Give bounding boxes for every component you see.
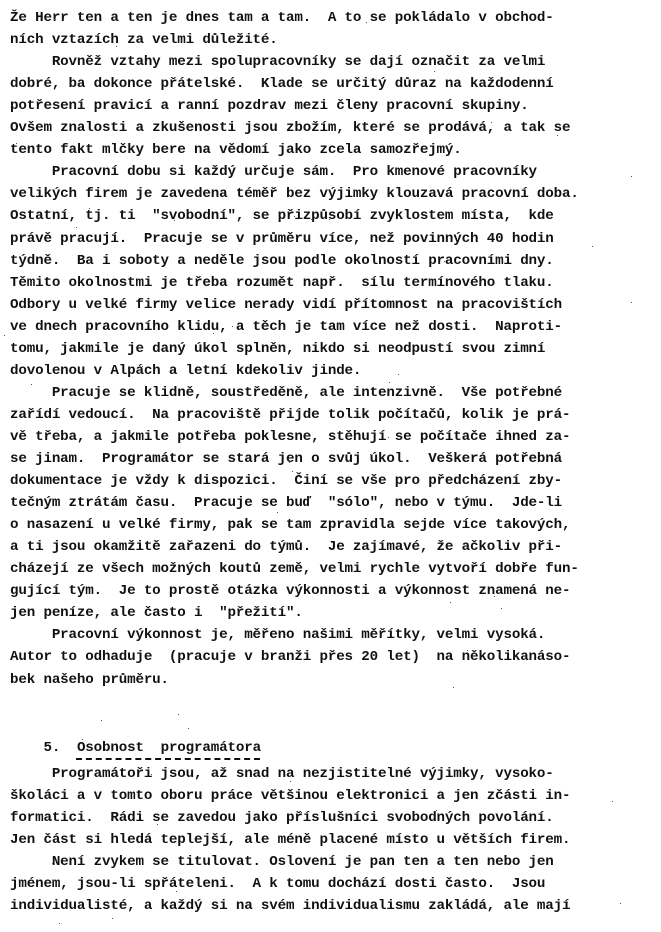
speck: [398, 374, 399, 375]
speck: [54, 19, 55, 20]
speck: [116, 46, 117, 47]
speck: [436, 810, 437, 811]
text-line: Pracovní dobu si každý určuje sám. Pro k…: [10, 163, 537, 181]
speck: [111, 34, 112, 35]
speck: [297, 409, 298, 410]
speck: [292, 471, 293, 472]
text-line: tento fakt mlčky bere na vědomí jako zce…: [10, 141, 462, 159]
speck: [631, 302, 632, 303]
speck: [174, 220, 175, 221]
speck: [16, 143, 17, 144]
text-line: gující tým. Je to prostě otázka výkonnos…: [10, 582, 570, 600]
speck: [89, 208, 90, 209]
text-line: jen peníze, ale často i "přežití".: [10, 604, 303, 622]
typewritten-page: Že Herr ten a ten je dnes tam a tam. A t…: [0, 0, 661, 932]
text-line: Rovněž vztahy mezi spolupracovníky se da…: [10, 53, 545, 71]
text-line: právě pracují. Pracuje se v průměru více…: [10, 230, 554, 248]
speck: [51, 819, 52, 820]
text-line: vě třeba, a jakmile potřeba poklesne, st…: [10, 428, 570, 446]
speck: [178, 714, 179, 715]
text-line: a ti jsou okamžitě zařazeni do týmů. Je …: [10, 538, 562, 556]
speck: [388, 437, 389, 438]
speck: [311, 219, 312, 220]
text-line: tomu, jakmile je daný úkol splněn, nikdo…: [10, 340, 545, 358]
speck: [434, 71, 435, 72]
text-line: jménem, jsou-li spřáteleni. A k tomu doc…: [10, 875, 545, 893]
speck: [79, 414, 80, 415]
text-line: tečným ztrátám času. Pracuje se buď "sól…: [10, 494, 562, 512]
text-line: ve dnech pracovního klidu, a těch je tam…: [10, 318, 562, 336]
speck: [370, 454, 371, 455]
text-line: Autor to odhaduje (pracuje v branži přes…: [10, 648, 570, 666]
speck: [467, 650, 468, 651]
speck: [612, 801, 613, 802]
text-line: Ostatní, tj. ti "svobodní", se přizpůsob…: [10, 207, 554, 225]
text-line: zařídí vedoucí. Na pracoviště přijde tol…: [10, 406, 570, 424]
speck: [389, 382, 390, 383]
speck: [631, 176, 632, 177]
text-line: Že Herr ten a ten je dnes tam a tam. A t…: [10, 9, 554, 27]
text-line: Pracuje se klidně, soustředěně, ale inte…: [10, 384, 562, 402]
speck: [620, 903, 621, 904]
speck: [176, 891, 177, 892]
speck: [329, 219, 330, 220]
speck: [76, 227, 77, 228]
text-line: formatici. Rádi se zavedou jako příslušn…: [10, 809, 554, 827]
text-line: o nasazení u velké firmy, pak se tam zpr…: [10, 516, 570, 534]
text-line: Odbory u velké firmy velice nerady vidí …: [10, 296, 562, 314]
speck: [444, 261, 445, 262]
speck: [82, 739, 83, 740]
speck: [59, 923, 60, 924]
text-line: potřesení pravicí a ranní pozdrav mezi č…: [10, 97, 529, 115]
speck: [289, 462, 290, 463]
speck: [324, 522, 325, 523]
speck: [297, 84, 298, 85]
text-line: týdně. Ba i soboty a neděle jsou podle o…: [10, 252, 554, 270]
speck: [232, 326, 233, 327]
speck: [361, 307, 362, 308]
speck: [112, 918, 113, 919]
text-line: školáci a v tomto oboru práce většinou e…: [10, 787, 570, 805]
speck: [213, 333, 214, 334]
speck: [157, 824, 158, 825]
text-line: ních vztazích za velmi důležité.: [10, 31, 278, 49]
text-line: velikých firem je zavedena téměř bez výj…: [10, 185, 579, 203]
speck: [453, 687, 454, 688]
text-line: Ovšem znalosti a zkušenosti jsou zbožím,…: [10, 119, 570, 137]
speck: [557, 135, 558, 136]
speck: [31, 384, 32, 385]
section-title: Osobnost programátora: [77, 740, 261, 756]
text-line: Pracovní výkonnost je, měřeno našimi měř…: [10, 626, 545, 644]
speck: [188, 728, 189, 729]
speck: [4, 335, 5, 336]
text-line: dokumentace je vždy k dispozici. Činí se…: [10, 472, 562, 490]
speck: [450, 602, 451, 603]
speck: [387, 411, 388, 412]
text-line: dovolenou v Alpách a letní kdekoliv jind…: [10, 362, 361, 380]
speck: [494, 596, 495, 597]
speck: [294, 216, 295, 217]
speck: [277, 512, 278, 513]
speck: [52, 863, 53, 864]
speck: [301, 812, 302, 813]
speck: [444, 147, 445, 148]
section-number: 5.: [43, 740, 60, 756]
text-line: dobré, ba dokonce přátelské. Klade se ur…: [10, 75, 554, 93]
speck: [366, 22, 367, 23]
speck: [142, 366, 143, 367]
text-line: Jen část si hledá teplejší, ale méně pla…: [10, 831, 570, 849]
speck: [355, 774, 356, 775]
speck: [567, 902, 568, 903]
speck: [101, 720, 102, 721]
text-line: bek našeho průměru.: [10, 671, 169, 689]
text-line: se jinam. Programátor se stará jen o svů…: [10, 450, 562, 468]
text-line: Programátoři jsou, až snad na nezjistite…: [10, 765, 554, 783]
text-line: cházejí ze všech možných koutů země, vel…: [10, 560, 579, 578]
speck: [491, 122, 492, 123]
speck: [592, 246, 593, 247]
text-line: individualisté, a každý si na svém indiv…: [10, 897, 570, 915]
speck: [290, 781, 291, 782]
speck: [501, 608, 502, 609]
text-line: Není zvykem se titulovat. Oslovení je pa…: [10, 853, 554, 871]
speck: [151, 774, 152, 775]
text-line: Těmito okolnostmi je třeba rozumět např.…: [10, 274, 554, 292]
